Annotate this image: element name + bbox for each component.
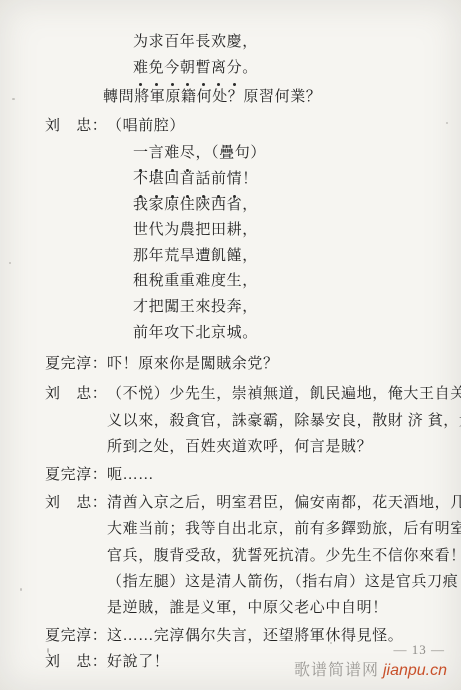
speech-line: 官兵，腹背受敌，犹誓死抗清。少先生不信你來看！ [107,543,445,569]
speech-block: （不悦）少先生，崇禎無道，飢民遍地，俺大王自关中起 义以來，殺貪官，誅豪霸，除暴… [107,381,445,460]
speech-line: （不悦）少先生，崇禎無道，飢民遍地，俺大王自关中起 [107,381,445,407]
stage-direction: （唱前腔） [107,113,445,139]
scan-speck [12,98,15,100]
verse-text: ，（疊句） [195,145,266,161]
emphasized-text: 不堪回首話前情 [133,171,242,187]
verse-line-emphasized: 不堪回首話前情！ [133,167,445,193]
verse-text: 那年荒旱遭飢饉， [133,248,258,264]
verse-line: 才把闖王來投奔， [133,295,445,321]
scanned-script-page: 为求百年長欢慶， 难免今朝暫离分。 轉問將軍原籍何处？原習何業？ 刘 忠： （唱… [0,0,461,690]
speech-block: 呃…… [107,462,445,488]
verse-line: 那年荒旱遭飢饉， [133,244,445,270]
verse-text: 前年攻下北京城。 [133,325,258,341]
verse-line: 我家原住陝西省， [133,193,445,219]
speech-line: 所到之处，百姓夾道欢呼，何言是賊？ [107,434,445,460]
dialogue-xia-wanchun: 夏完淳： 呃…… [45,462,445,488]
verse-text: ！ [242,171,258,187]
emphasized-text: 难免今朝暫离分 [133,60,242,76]
speech-line: 清酋入京之后，明室君臣，偏安南都，花天酒地，几忘 [107,490,445,516]
dialogue-liu-zhong-cue: 刘 忠： （唱前腔） [45,113,445,139]
verse-text: 世代为農把田耕， [133,222,258,238]
watermark-site-name: 歌谱简谱网 [294,662,379,679]
verse-text: 租稅重重难度生， [133,273,258,289]
speaker-name: 夏完淳： [45,462,107,488]
speech-line: 呃…… [107,462,445,488]
verse-line: 世代为農把田耕， [133,218,445,244]
speech-line: 义以來，殺貪官，誅豪霸，除暴安良，散財 济 貧，大軍 [107,408,445,434]
emphasized-text: 一言难尽 [133,145,195,161]
verse-text: 才把闖王來投奔， [133,299,258,315]
dialogue-xia-wanchun: 夏完淳： 吓！原來你是闖賊余党？ [45,351,445,377]
verse-text: 。 [242,60,258,76]
page-number: — 13 — [394,642,446,658]
page-content: 为求百年長欢慶， 难免今朝暫离分。 轉問將軍原籍何处？原習何業？ 刘 忠： （唱… [45,30,445,676]
verse-block-aria: 一言难尽，（疊句） 不堪回首話前情！ 我家原住陝西省， 世代为農把田耕， 那年荒… [133,141,445,346]
dialogue-liu-zhong: 刘 忠： （不悦）少先生，崇禎無道，飢民遍地，俺大王自关中起 义以來，殺貪官，誅… [45,381,445,460]
dialogue-xia-wanchun: 夏完淳： 这……完淳偶尔失言，还望將軍休得見怪。 [45,623,445,649]
dialogue-continuation-line: 轉問將軍原籍何处？原習何業？ [103,84,445,110]
scan-speck [446,122,448,124]
speech-block: （唱前腔） [107,113,445,139]
watermark: 歌谱简谱网jianpu.cn [294,657,447,680]
verse-line-emphasized: 一言难尽，（疊句） [133,141,445,167]
dialogue-liu-zhong: 刘 忠： 清酋入京之后，明室君臣，偏安南都，花天酒地，几忘 大难当前；我等自出北… [45,490,445,621]
speech-line: （指左腿）这是清人箭伤，（指右肩）这是官兵刀痕！ 誰 [107,569,445,595]
speech-block: 吓！原來你是闖賊余党？ [107,351,445,377]
speech-line: 是逆賊，誰是义軍，中原父老心中自明！ [107,595,445,621]
speech-line: 吓！原來你是闖賊余党？ [107,351,445,377]
speaker-name: 夏完淳： [45,351,107,377]
verse-block-opening: 为求百年長欢慶， 难免今朝暫离分。 [133,30,445,81]
scan-speck [330,642,332,644]
speaker-name: 刘 忠： [45,490,107,516]
verse-line-emphasized: 难免今朝暫离分。 [133,56,445,82]
verse-line: 租稅重重难度生， [133,269,445,295]
speaker-name: 夏完淳： [45,623,107,649]
scan-speck [20,588,22,591]
speaker-name: 刘 忠： [45,649,107,675]
scan-speck [9,262,11,264]
speech-block: 清酋入京之后，明室君臣，偏安南都，花天酒地，几忘 大难当前；我等自出北京，前有多… [107,490,445,621]
watermark-site-url: jianpu.cn [383,662,447,679]
speech-line: 大难当前；我等自出北京，前有多鐸勁旅，后有明室 [107,516,445,542]
speaker-name: 刘 忠： [45,113,107,139]
verse-text: 我家原住陝西省， [133,197,258,213]
speaker-name: 刘 忠： [45,381,107,407]
verse-line: 前年攻下北京城。 [133,321,445,347]
verse-text: 为求百年長欢慶， [133,34,258,50]
scan-speck [47,648,49,653]
verse-line: 为求百年長欢慶， [133,30,445,56]
